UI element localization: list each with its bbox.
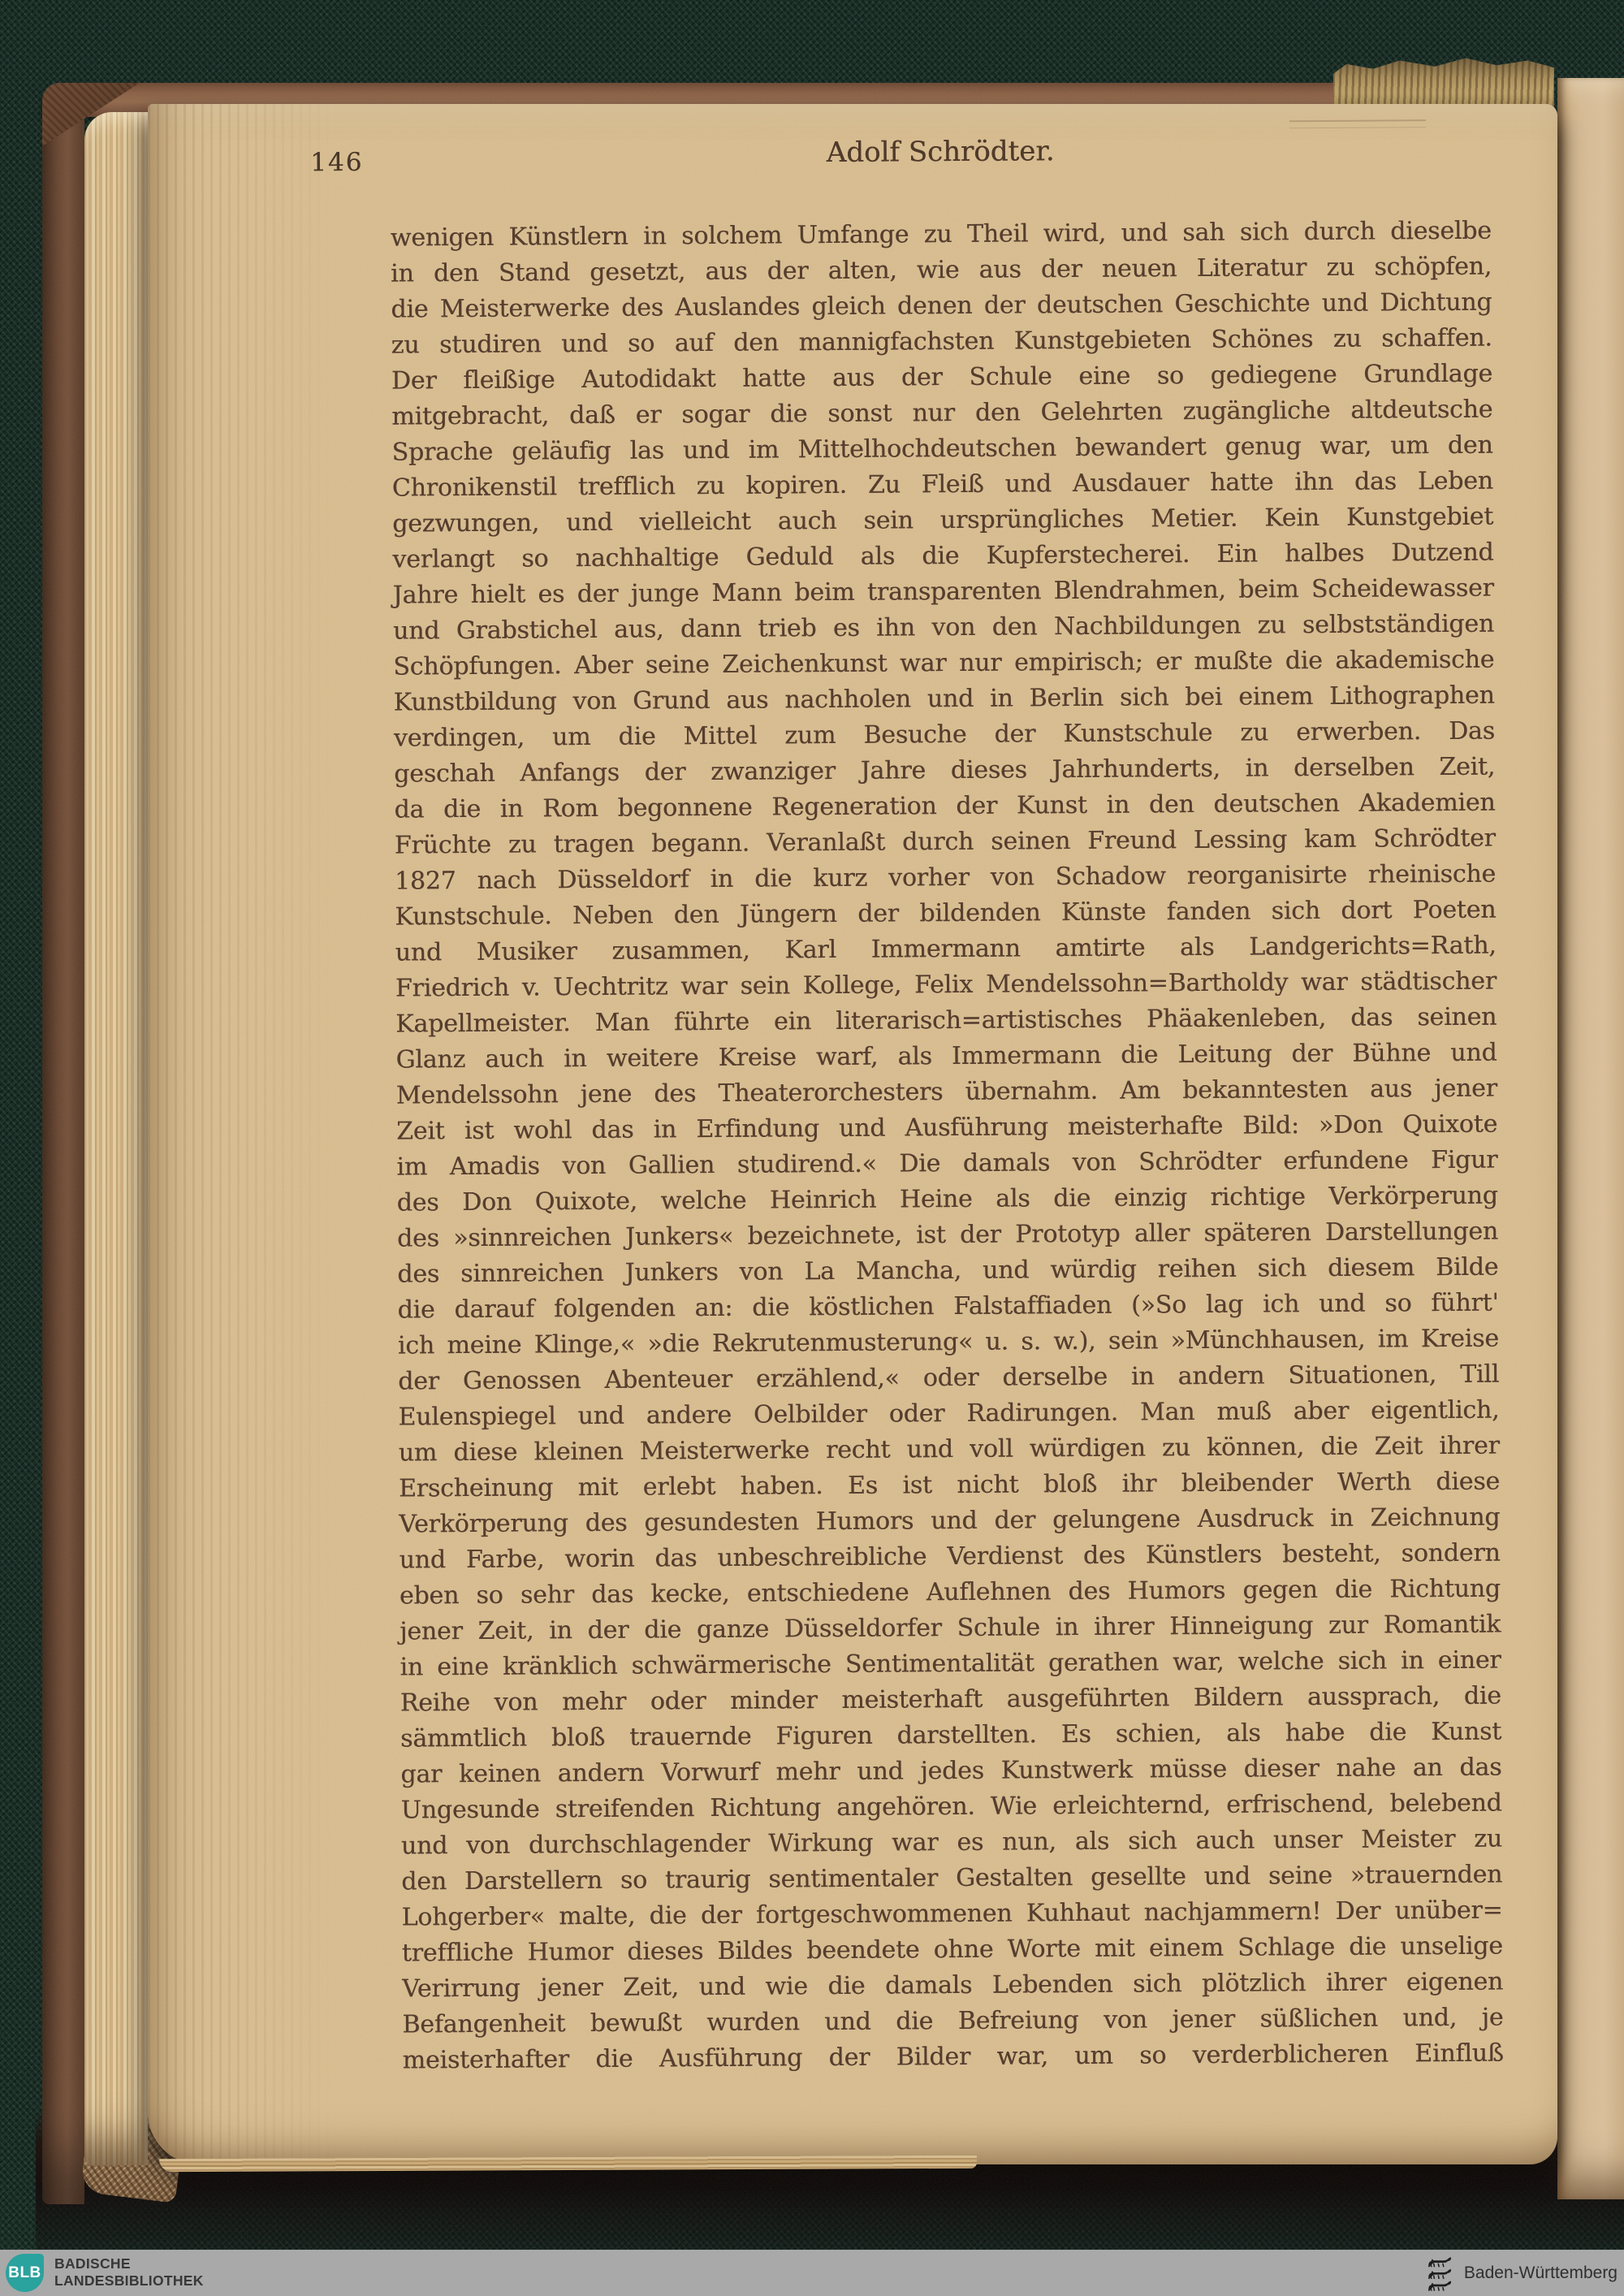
book-scan-viewport: 146 Adolf Schrödter. wenigen Künstlern i…	[0, 0, 1624, 2296]
next-page-fold	[1557, 78, 1624, 2199]
state-name: Baden-Württemberg	[1464, 2264, 1618, 2283]
library-footer-banner: BLB BADISCHE LANDESBIBLIOTHEK Baden-Würt…	[0, 2250, 1624, 2296]
baden-wuerttemberg-lions-icon	[1427, 2255, 1453, 2291]
body-text: wenigen Künstlern in solchem Umfange zu …	[391, 214, 1504, 2079]
running-title: Adolf Schrödter.	[390, 131, 1491, 180]
blb-logo: BLB	[6, 2254, 44, 2292]
library-name-line2: LANDESBIBLIOTHEK	[54, 2272, 204, 2290]
page-content: 146 Adolf Schrödter. wenigen Künstlern i…	[390, 131, 1504, 2079]
text-line: meisterhafter die Ausführung der Bilder …	[403, 2036, 1504, 2079]
page-gutter-texture	[148, 104, 335, 2164]
book-spine	[42, 83, 84, 2204]
state-branding: Baden-Württemberg	[1427, 2255, 1618, 2291]
library-name: BADISCHE LANDESBIBLIOTHEK	[54, 2255, 204, 2290]
page-stack-edge	[84, 112, 148, 2165]
library-name-line1: BADISCHE	[54, 2255, 204, 2272]
scan-artifact-line	[1289, 119, 1426, 128]
page-number: 146	[310, 148, 363, 177]
